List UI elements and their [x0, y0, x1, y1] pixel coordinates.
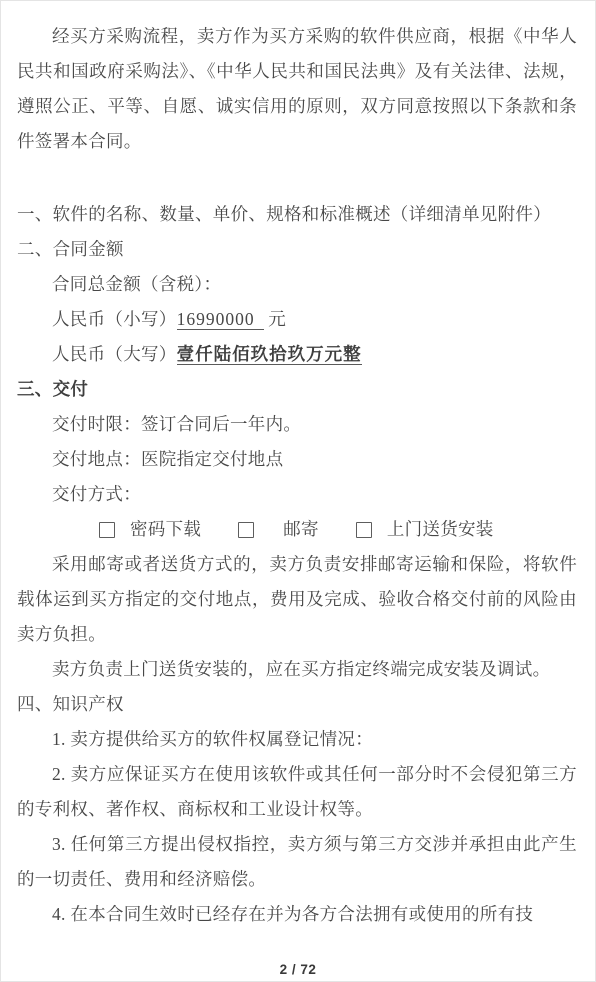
- section-1-heading: 一、软件的名称、数量、单价、规格和标准概述（详细清单见附件）: [17, 197, 577, 232]
- checkbox-icon: [238, 522, 254, 538]
- delivery-option-label: 上门送货安装: [387, 512, 494, 547]
- amount-numeric-value: 16990000: [177, 309, 264, 330]
- amount-numeric-unit: 元: [268, 309, 286, 329]
- section-3-heading: 三、交付: [17, 372, 577, 407]
- page-number: 2 / 72: [280, 962, 317, 977]
- delivery-place-line: 交付地点：医院指定交付地点: [17, 442, 577, 477]
- ip-item-1: 1. 卖方提供给买方的软件权属登记情况：: [17, 722, 577, 757]
- delivery-option-label: 邮寄: [283, 512, 319, 547]
- delivery-time-line: 交付时限：签订合同后一年内。: [17, 407, 577, 442]
- total-amount-label: 合同总金额（含税）：: [52, 274, 221, 294]
- section-4-heading: 四、知识产权: [17, 687, 577, 722]
- total-amount-line: 合同总金额（含税）：: [17, 267, 577, 302]
- ip-item-4: 4. 在本合同生效时已经存在并为各方合法拥有或使用的所有技: [17, 897, 577, 932]
- checkbox-icon: [356, 522, 372, 538]
- contract-page: 经买方采购流程，卖方作为买方采购的软件供应商，根据《中华人民共和国政府采购法》、…: [0, 0, 596, 982]
- delivery-options-row: 密码下载 邮寄 上门送货安装: [17, 512, 577, 547]
- amount-words-line: 人民币（大写）壹仟陆佰玖拾玖万元整: [17, 337, 577, 372]
- delivery-option-onsite: 上门送货安装: [356, 512, 494, 547]
- amount-words-value: 壹仟陆佰玖拾玖万元整: [177, 344, 362, 365]
- checkbox-icon: [99, 522, 115, 538]
- amount-numeric-line: 人民币（小写）16990000 元: [17, 302, 577, 337]
- amount-numeric-label: 人民币（小写）: [52, 309, 177, 329]
- intro-paragraph: 经买方采购流程，卖方作为买方采购的软件供应商，根据《中华人民共和国政府采购法》、…: [17, 19, 577, 159]
- section-2-heading: 二、合同金额: [17, 232, 577, 267]
- ip-item-2: 2. 卖方应保证买方在使用该软件或其任何一部分时不会侵犯第三方的专利权、著作权、…: [17, 757, 577, 827]
- amount-words-label: 人民币（大写）: [52, 344, 177, 364]
- delivery-option-download: 密码下载: [99, 512, 201, 547]
- page-footer: 2 / 72: [1, 962, 595, 977]
- contract-body: 经买方采购流程，卖方作为买方采购的软件供应商，根据《中华人民共和国政府采购法》、…: [17, 19, 577, 932]
- ip-item-3: 3. 任何第三方提出侵权指控，卖方须与第三方交涉并承担由此产生的一切责任、费用和…: [17, 827, 577, 897]
- delivery-option-mail: 邮寄: [238, 512, 319, 547]
- delivery-install-paragraph: 卖方负责上门送货安装的，应在买方指定终端完成安装及调试。: [17, 652, 577, 687]
- delivery-method-line: 交付方式：: [17, 477, 577, 512]
- delivery-option-label: 密码下载: [130, 512, 201, 547]
- delivery-mail-paragraph: 采用邮寄或者送货方式的，卖方负责安排邮寄运输和保险，将软件载体运到买方指定的交付…: [17, 547, 577, 652]
